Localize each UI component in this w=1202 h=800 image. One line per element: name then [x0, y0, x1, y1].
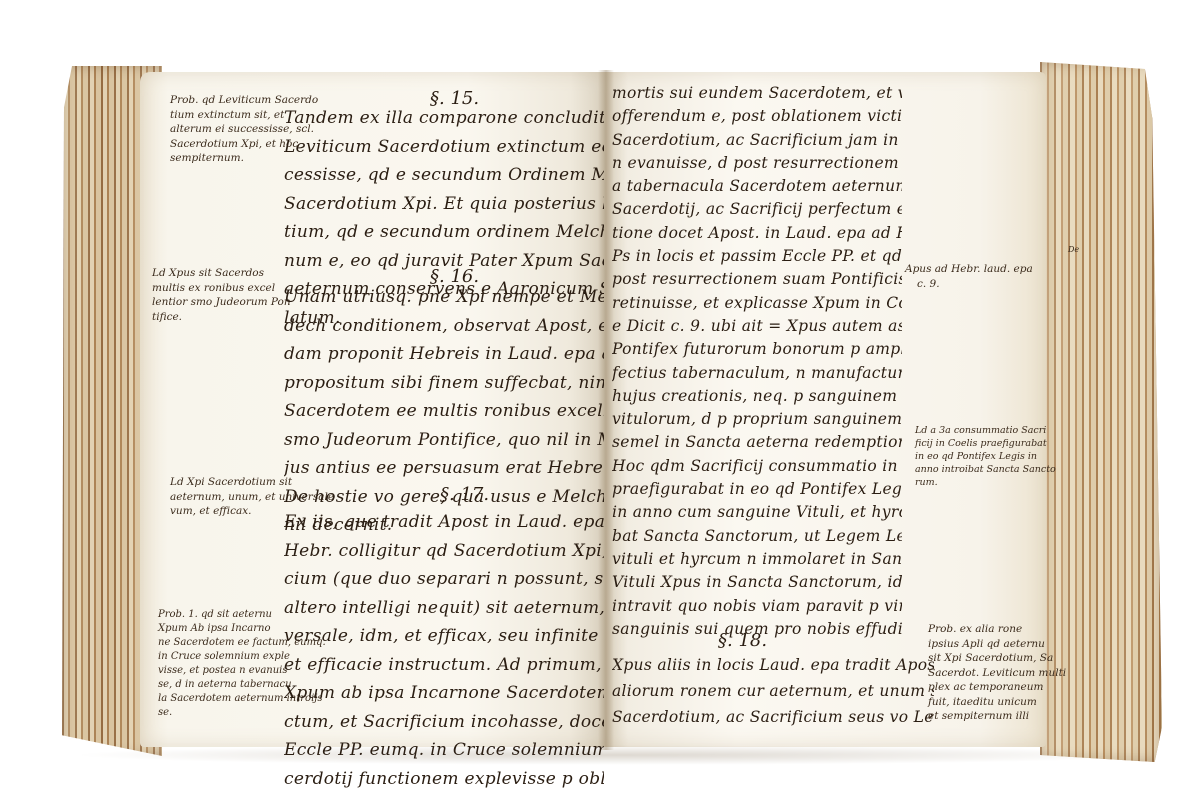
margin-line: Prob. ex alia rone — [928, 622, 1066, 637]
text-line: tium, qd e secundum ordinem Melchisedech… — [284, 218, 604, 247]
margin-line: in eo qd Pontifex Legis in — [915, 450, 1056, 463]
text-line: semel in Sancta aeterna redemptione inve… — [612, 431, 902, 454]
margin-line: plex ac temporaneum — [928, 680, 1066, 695]
text-line: versale, idm, et efficax, seu infinite v… — [284, 622, 604, 651]
margin-note: Prob. ex alia rone ipsius Apli qd aetern… — [928, 622, 1066, 724]
text-line: e Dicit c. 9. ubi ait = Xpus autem assis… — [612, 315, 902, 338]
text-line: Leviticum Sacerdotium extinctum ee et al… — [284, 133, 604, 162]
margin-line: sit Xpi Sacerdotium, Sa — [928, 651, 1066, 666]
text-line: in anno cum sanguine Vituli, et hyrci in… — [612, 501, 902, 524]
text-line: Sacerdotium, ac Sacrificium seus vo Levi… — [612, 704, 934, 730]
margin-line: rum. — [915, 476, 1056, 489]
text-line: aliorum ronem cur aeternum, et unum sit … — [612, 678, 934, 704]
text-line: jus antius ee persuasum erat Hebreis, ad… — [284, 454, 604, 483]
text-line: dech conditionem, observat Apost, et obs… — [284, 312, 604, 341]
text-line: smo Judeorum Pontifice, quo nil in Mundo… — [284, 426, 604, 455]
text-block: Ex iis, que tradit Apost in Laud. epa ad… — [284, 508, 604, 793]
margin-line: Ld a 3a consummatio Sacri — [915, 424, 1056, 437]
text-line: Xpum ab ipsa Incarnone Sacerdotem ee fa — [284, 679, 604, 708]
book-shadow — [70, 745, 1160, 765]
text-line: vituli et hyrcum n immolaret in Sancta, … — [612, 548, 902, 571]
margin-line: Sacerdot. Leviticum multi — [928, 666, 1066, 681]
text-line: cium (que duo separari n possunt, seu al… — [284, 565, 604, 594]
text-line: Unam utriusq. pne Xpi nempe et Melchise — [284, 283, 604, 312]
text-line: post resurrectionem suam Pontificis dign… — [612, 268, 902, 291]
margin-line: ipsius Apli qd aeternu — [928, 637, 1066, 652]
text-line: offerendum e, post oblationem victime ej… — [612, 105, 902, 128]
section-heading: §. 17. — [440, 484, 489, 505]
text-line: Sacerdotium, ac Sacrificium jam in Cruce… — [612, 129, 902, 152]
text-line: ctum, et Sacrificium incohasse, docent c… — [284, 708, 604, 737]
text-line: n evanuisse, d post resurrectionem sua a… — [612, 152, 902, 175]
text-line: Hoc qdm Sacrificij consummatio in Coelis — [612, 455, 902, 478]
text-line: cessisse, qd e secundum Ordinem Melchise… — [284, 161, 604, 190]
text-line: hujus creationis, neq. p sanguinem hyrco… — [612, 385, 902, 408]
margin-line: lentior smo Judeorum Pon — [152, 295, 291, 310]
text-line: Xpus aliis in locis Laud. epa tradit Apo… — [612, 652, 934, 678]
margin-note: Apus ad Hebr. laud. epa c. 9. — [905, 262, 1033, 291]
text-line: fectius tabernaculum, n manufactum, ides… — [612, 362, 902, 385]
text-line: Sacerdotem ee multis ronibus excellentio… — [284, 397, 604, 426]
text-line: propositum sibi finem suffecbat, nimirum… — [284, 369, 604, 398]
text-line: mortis sui eundem Sacerdotem, et victima… — [612, 82, 902, 105]
text-line: praefigurabat in eo qd Pontifex Legis se… — [612, 478, 902, 501]
margin-line: Ld Xpus sit Sacerdos — [152, 266, 291, 281]
margin-line: c. 9. — [905, 277, 1033, 292]
section-heading: §. 18. — [718, 630, 767, 651]
text-line: vitulorum, d p proprium sanguinem intrav… — [612, 408, 902, 431]
text-line: bat Sancta Sanctorum, ut Legem Leviticam… — [612, 525, 902, 548]
margin-note: Ld a 3a consummatio Sacri ficij in Coeli… — [915, 424, 1056, 489]
text-line: Sacerdotium Xpi. Et quia posterius hoc S… — [284, 190, 604, 219]
margin-line: ficij in Coelis praefigurabat — [915, 437, 1056, 450]
text-line: Ex iis, que tradit Apost in Laud. epa ad — [284, 508, 604, 537]
margin-line: anno introibat Sancta Sancto — [915, 463, 1056, 476]
open-manuscript-book: De Prob. qd Leviticum Sacerdo tium extin… — [0, 0, 1202, 800]
text-line: Vituli Xpus in Sancta Sanctorum, id e in… — [612, 571, 902, 594]
text-block: mortis sui eundem Sacerdotem, et victima… — [612, 82, 902, 641]
text-line: Pontifex futurorum bonorum p amplius, et… — [612, 338, 902, 361]
margin-line: tifice. — [152, 310, 291, 325]
text-line: dam proponit Hebreis in Laud. epa ad — [284, 340, 604, 369]
text-line: et efficacie instructum. Ad primum, qd a… — [284, 651, 604, 680]
text-line: tione docet Apost. in Laud. epa ad Hebre… — [612, 222, 902, 245]
margin-line: et sempiternum illi — [928, 709, 1066, 724]
text-block: Xpus aliis in locis Laud. epa tradit Apo… — [612, 652, 934, 730]
edge-fragment: De — [1068, 244, 1079, 255]
margin-line: fuit, itaeditu unicum — [928, 695, 1066, 710]
text-line: Hebr. colligitur qd Sacerdotium Xpi, eju… — [284, 537, 604, 566]
text-line: Tandem ex illa comparone concludit Apost — [284, 104, 604, 133]
margin-line: multis ex ronibus excel — [152, 281, 291, 296]
text-line: retinuisse, et explicasse Xpum in Coelis… — [612, 292, 902, 315]
margin-note: Ld Xpus sit Sacerdos multis ex ronibus e… — [152, 266, 291, 324]
text-line: a tabernacula Sacerdotem aeternum introi… — [612, 175, 902, 198]
text-line: cerdotij functionem explevisse p oblatio… — [284, 765, 604, 794]
text-line: Eccle PP. eumq. in Cruce solemnium pleni… — [284, 736, 604, 765]
text-line: intravit quo nobis viam paravit p virtut… — [612, 595, 902, 618]
margin-line: Apus ad Hebr. laud. epa — [905, 262, 1033, 277]
text-line: Sacerdotij, ac Sacrificij perfectum e co… — [612, 198, 902, 221]
text-line: altero intelligi nequit) sit aeternum, u… — [284, 594, 604, 623]
text-line: Ps in locis et passim Eccle PP. et qdm — [612, 245, 902, 268]
